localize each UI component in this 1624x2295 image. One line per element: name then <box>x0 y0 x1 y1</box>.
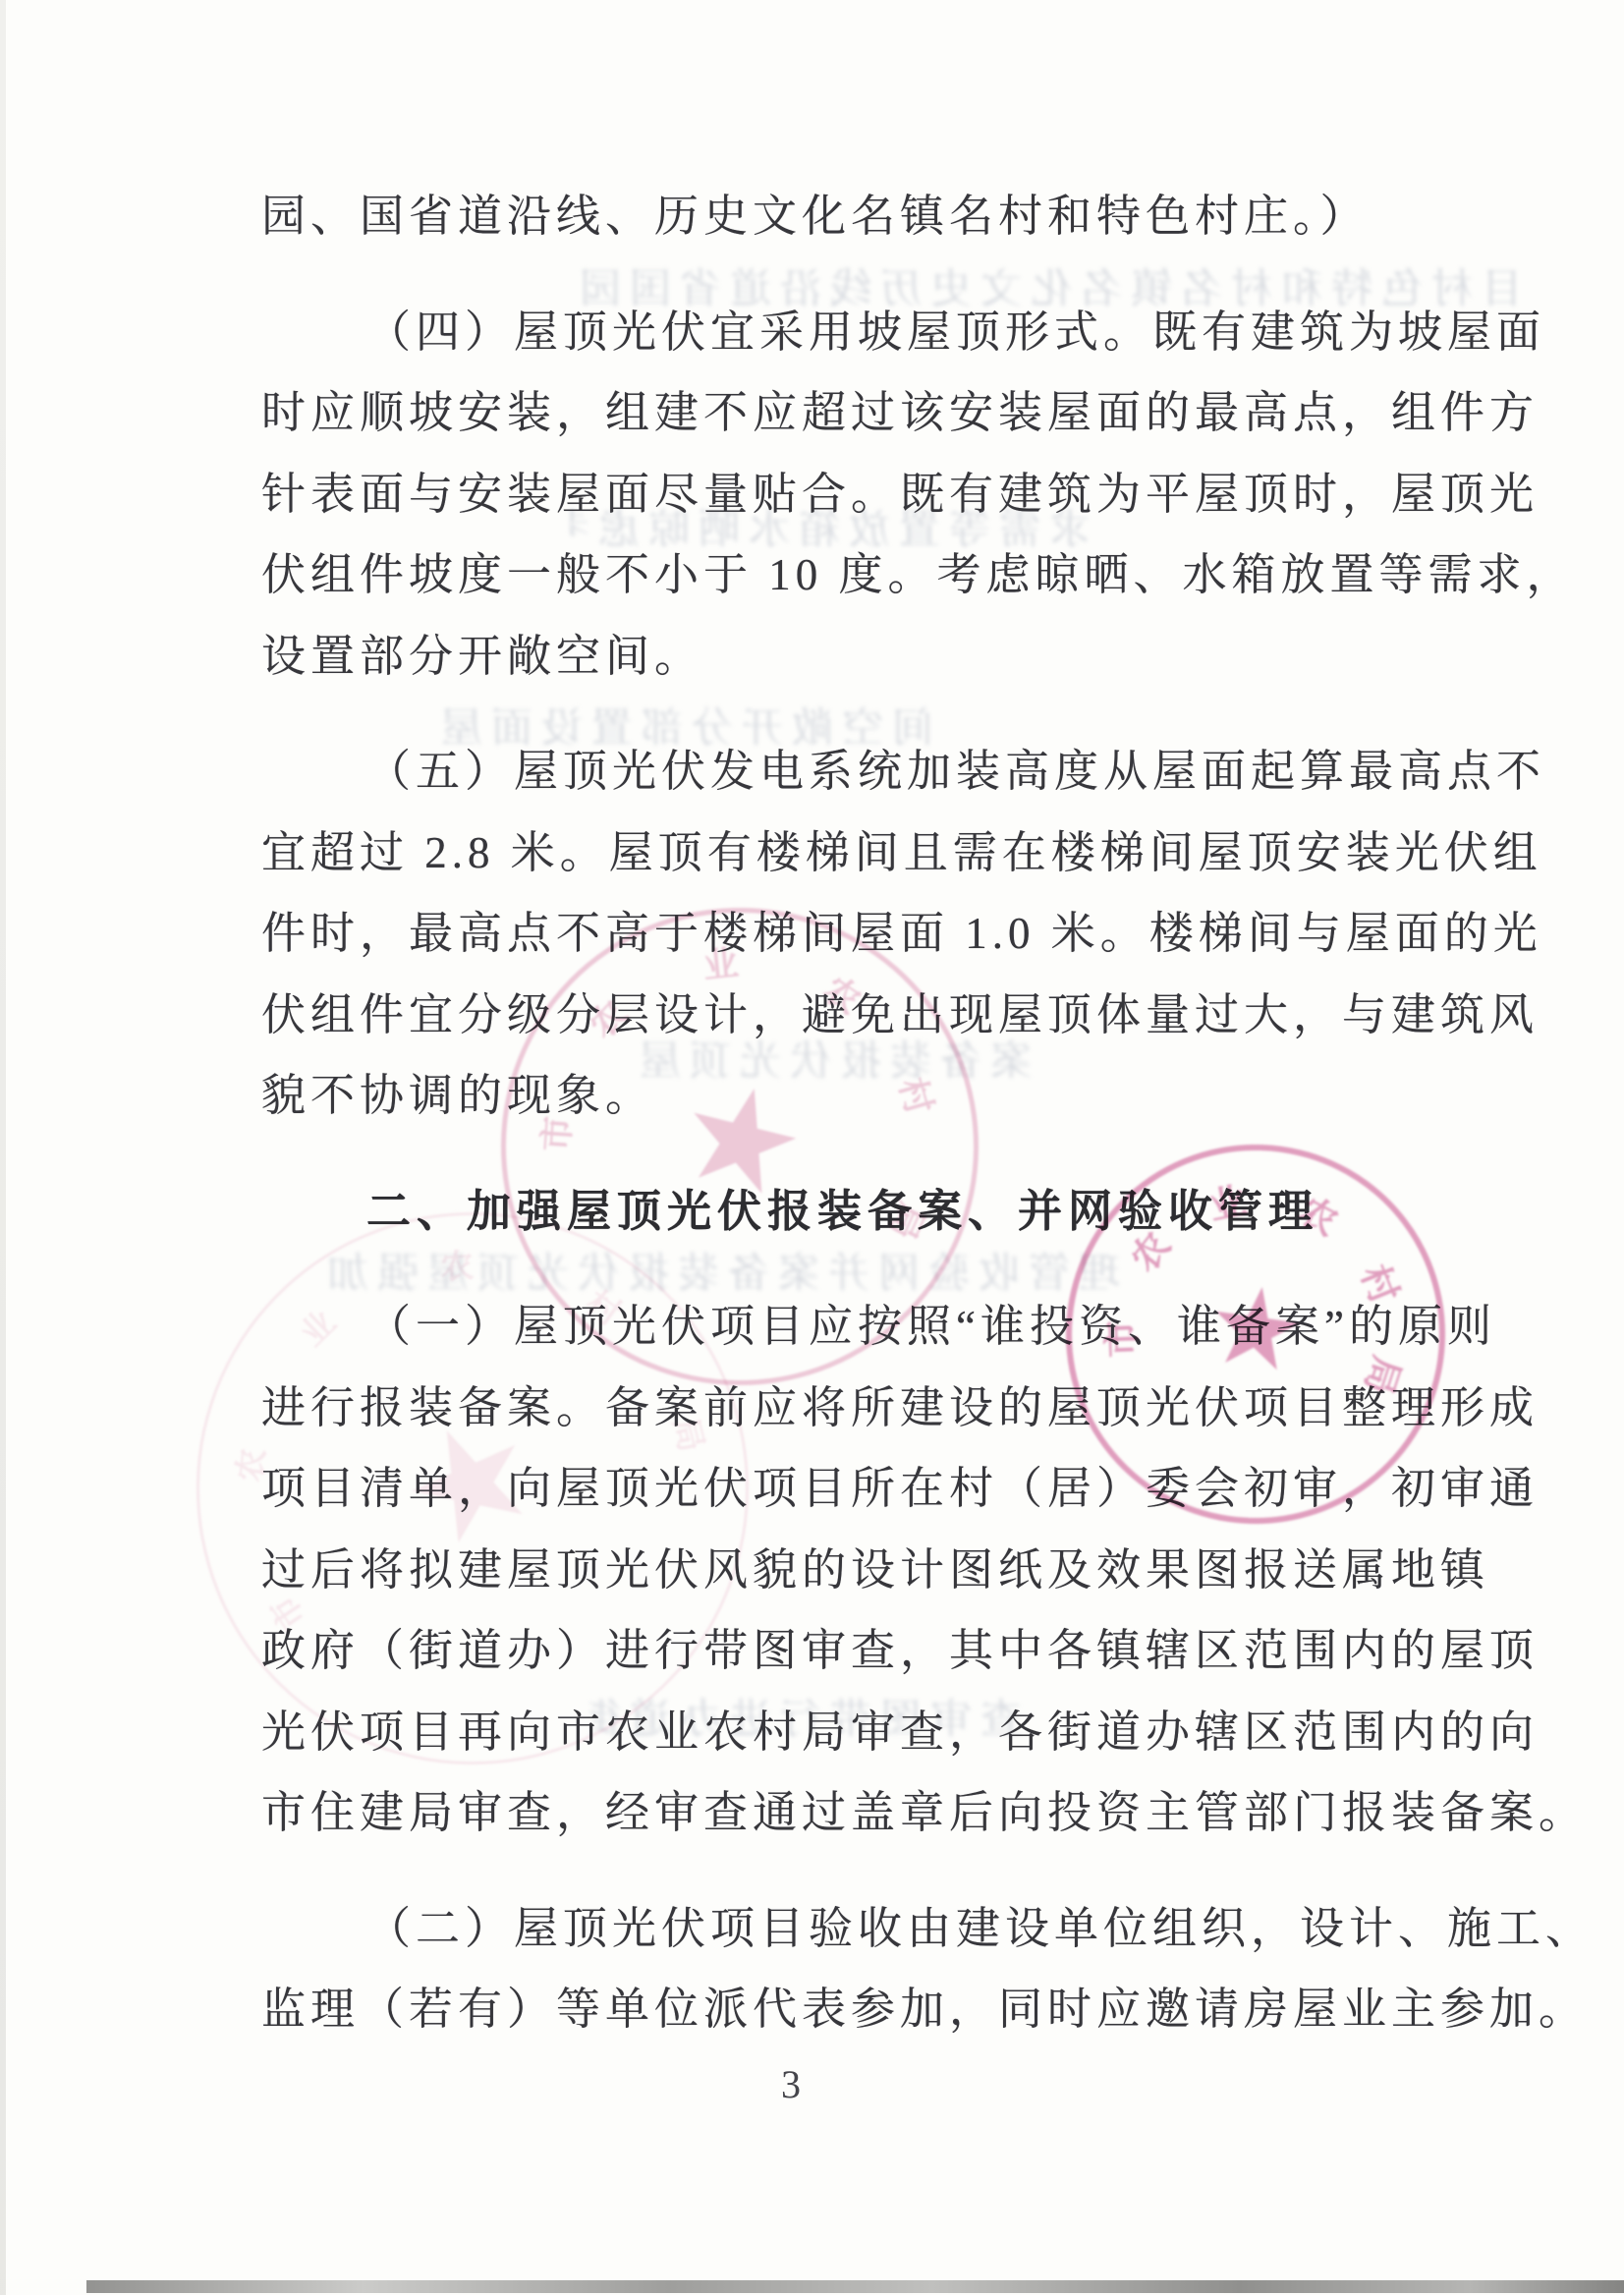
text-line: 政府（街道办）进行带图审查，其中各镇辖区范围内的屋顶 <box>261 1628 1539 1674</box>
text-line: 过后将拟建屋顶光伏风貌的设计图纸及效果图报送属地镇 <box>261 1547 1489 1594</box>
text-line: 项目清单，向屋顶光伏项目所在村（居）委会初审，初审通 <box>261 1466 1539 1512</box>
seal-ring-text: 农 <box>439 1249 475 1284</box>
page-number: 3 <box>781 2061 801 2107</box>
text-line: 貌不协调的现象。 <box>261 1073 654 1119</box>
bleedthrough-row: 理管收验网并案备装报伏光顶屋强加 <box>236 1241 1120 1300</box>
text-line: （一）屋顶光伏项目应按照“谁投资、谁备案”的原则 <box>366 1304 1496 1350</box>
text-line: 设置部分开敞空间。 <box>261 634 703 680</box>
seal-ring-text: 业 <box>295 1305 342 1352</box>
text-line: 伏组件宜分级分层设计，避免出现屋顶体量过大，与建筑风 <box>261 992 1539 1038</box>
text-line: （四）屋顶光伏宜采用坡屋顶形式。既有建筑为坡屋面 <box>366 309 1545 356</box>
bleedthrough-row: 间空敞开分部置设面屋 <box>383 696 933 755</box>
text-line: 针表面与安装屋面尽量贴合。既有建筑为平屋顶时，屋顶光 <box>261 472 1539 518</box>
text-line: 时应顺坡安装，组建不应超过该安装屋面的最高点，组件方 <box>261 390 1539 436</box>
section-heading: 二、加强屋顶光伏报装备案、并网验收管理 <box>366 1189 1318 1235</box>
text-line: 光伏项目再向市农业农村局审查，各街道办辖区范围内的向 <box>261 1709 1539 1756</box>
text-line: 进行报装备案。备案前应将所建设的屋顶光伏项目整理形成 <box>261 1385 1539 1431</box>
scanned-document-page: 目村色特和村名镇名化文史历线沿道省国园求需等置放箱水晒晾虑考间空敞开分部置设面屋… <box>0 0 1624 2295</box>
text-line: （五）屋顶光伏发电系统加装高度从屋面起算最高点不 <box>366 749 1545 795</box>
text-line: （二）屋顶光伏项目验收由建设单位组织，设计、施工、 <box>366 1906 1595 1952</box>
scan-edge-artifact <box>86 2280 1624 2293</box>
text-line: 市住建局审查，经审查通过盖章后向投资主管部门报装备案。 <box>261 1790 1588 1836</box>
text-line: 园、国省道沿线、历史文化名镇名村和特色村庄。） <box>261 194 1370 240</box>
text-line: 宜超过 2.8 米。屋顶有楼梯间且需在楼梯间屋顶安装光伏组 <box>261 830 1542 876</box>
seal-ring-text: 村 <box>894 1074 938 1118</box>
text-line: 伏组件坡度一般不小于 10 度。考虑晾晒、水箱放置等需求， <box>261 552 1576 598</box>
scan-edge-left <box>0 0 6 2295</box>
text-line: 监理（若有）等单位派代表参加，同时应邀请房屋业主参加。 <box>261 1987 1588 2033</box>
bleedthrough-row: 目村色特和村名镇名化文史历线沿道省国园 <box>265 256 1523 315</box>
seal-ring-text: 市 <box>538 1115 576 1152</box>
text-line: 件时，最高点不高于楼梯间屋面 1.0 米。楼梯间与屋面的光 <box>261 911 1542 957</box>
